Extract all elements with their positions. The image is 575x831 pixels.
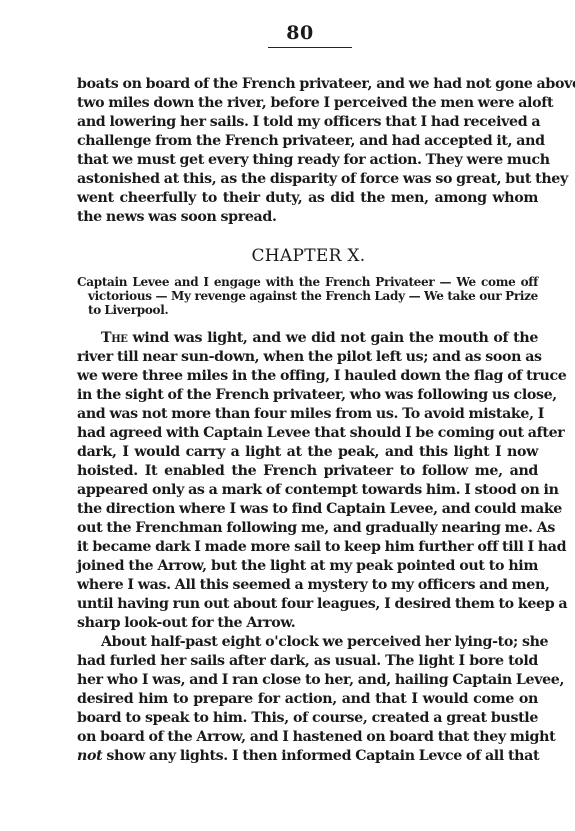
text-line: her who I was, and I ran close to her, a…: [77, 671, 538, 690]
chapter-heading: CHAPTER X.: [0, 246, 575, 266]
text-line: until having run out about four leagues,…: [77, 595, 538, 614]
text-line: desired him to prepare for action, and t…: [77, 690, 538, 709]
text-line: out the Frenchman following me, and grad…: [77, 519, 538, 538]
text-line: it became dark I made more sail to keep …: [77, 538, 538, 557]
text-line: appeared only as a mark of contempt towa…: [77, 481, 538, 500]
text-line: where I was. All this seemed a mystery t…: [77, 576, 538, 595]
text-line: and was not more than four miles from us…: [77, 405, 538, 424]
text-line: not show any lights. I then informed Cap…: [77, 747, 538, 766]
text-line: the news was soon spread.: [77, 208, 538, 227]
paragraph: About half-past eight o'clock we perceiv…: [77, 633, 538, 766]
text-line: river till near sun-down, when the pilot…: [77, 348, 538, 367]
text-line: had furled her sails after dark, as usua…: [77, 652, 538, 671]
text-line: on board of the Arrow, and I hastened on…: [77, 728, 538, 747]
paragraph-continued: boats on board of the French privateer, …: [77, 75, 538, 227]
header-rule: [268, 47, 352, 48]
summary-line: to Liverpool.: [77, 303, 538, 317]
text-line: had agreed with Captain Levee that shoul…: [77, 424, 538, 443]
opening-word: The: [101, 330, 128, 346]
text-line: boats on board of the French privateer, …: [77, 75, 538, 94]
text-line: we were three miles in the offing, I hau…: [77, 367, 538, 386]
text-line: joined the Arrow, but the light at my pe…: [77, 557, 538, 576]
text-line: board to speak to him. This, of course, …: [77, 709, 538, 728]
line-rest: show any lights. I then informed Captain…: [106, 748, 539, 764]
text-line: About half-past eight o'clock we perceiv…: [77, 633, 538, 652]
emphasized-word: not: [77, 748, 102, 764]
summary-line: Captain Levee and I engage with the Fren…: [77, 275, 538, 289]
summary-line: victorious — My revenge against the Fren…: [77, 289, 538, 303]
text-line: sharp look-out for the Arrow.: [77, 614, 538, 633]
text-line: two miles down the river, before I perce…: [77, 94, 538, 113]
text-line: hoisted. It enabled the French privateer…: [77, 462, 538, 481]
text-line: went cheerfully to their duty, as did th…: [77, 189, 538, 208]
paragraph-chapter-opening: The wind was light, and we did not gain …: [77, 329, 538, 633]
first-line-rest: wind was light, and we did not gain the …: [133, 330, 539, 346]
text-line: astonished at this, as the disparity of …: [77, 170, 538, 189]
page-number: 80: [0, 22, 575, 44]
text-line: that we must get every thing ready for a…: [77, 151, 538, 170]
text-line: in the sight of the French privateer, wh…: [77, 386, 538, 405]
text-line: and lowering her sails. I told my office…: [77, 113, 538, 132]
text-line: challenge from the French privateer, and…: [77, 132, 538, 151]
text-line: dark, I would carry a light at the peak,…: [77, 443, 538, 462]
text-line: The wind was light, and we did not gain …: [77, 329, 538, 348]
chapter-summary: Captain Levee and I engage with the Fren…: [77, 275, 538, 317]
text-line: the direction where I was to find Captai…: [77, 500, 538, 519]
